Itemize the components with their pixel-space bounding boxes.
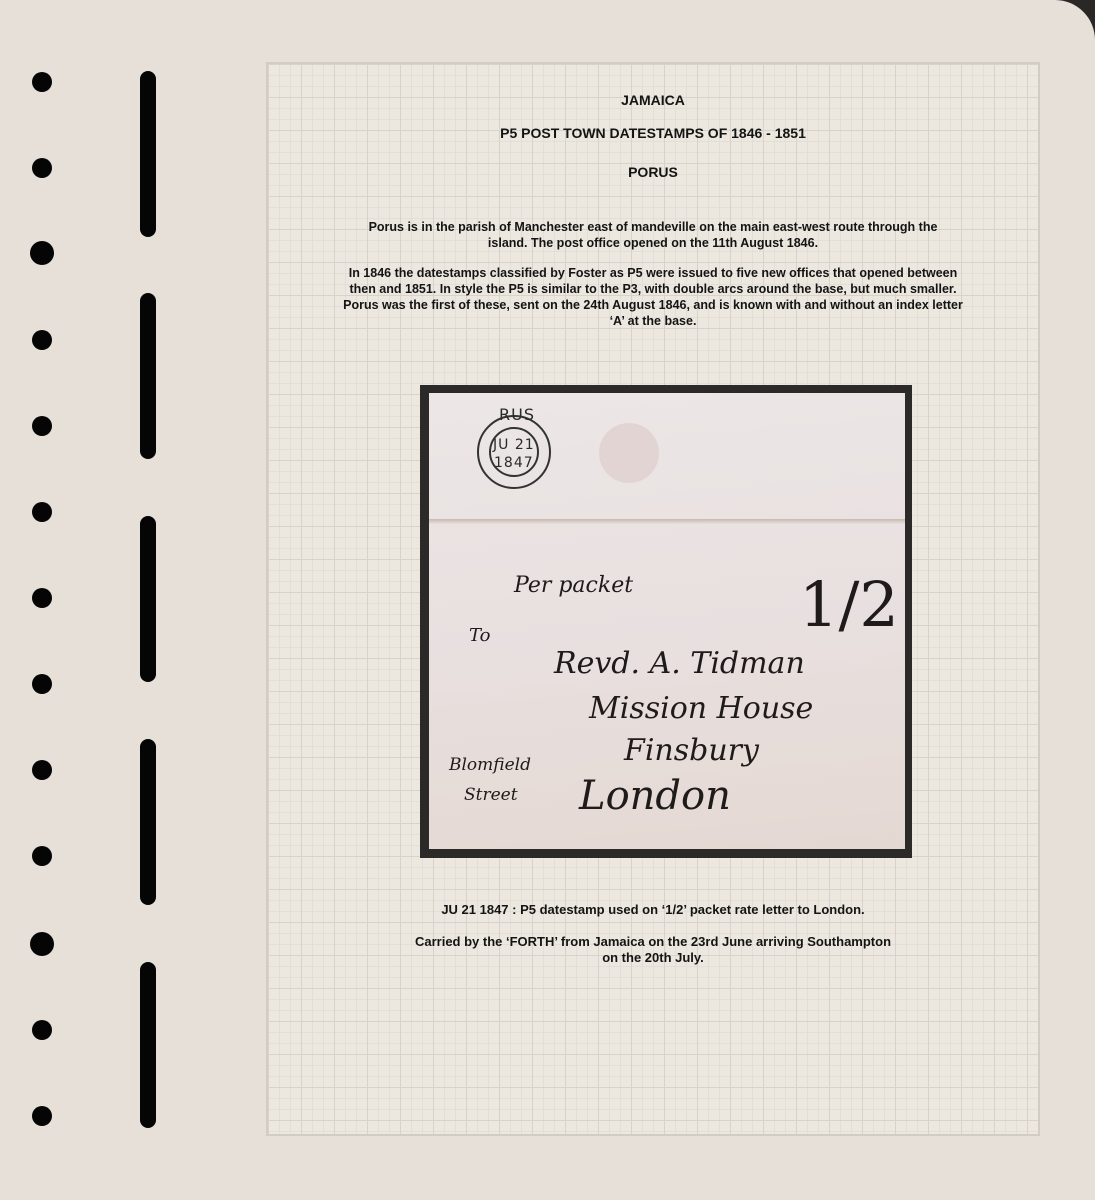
binder-hole <box>32 846 52 866</box>
page-title: JAMAICA <box>268 92 1038 108</box>
album-page: JAMAICA P5 POST TOWN DATESTAMPS OF 1846 … <box>0 0 1095 1200</box>
postal-cover: RUS JU 21 1847 Per packet To 1/2 Revd. A… <box>429 393 905 849</box>
cover-mount: RUS JU 21 1847 Per packet To 1/2 Revd. A… <box>420 385 912 858</box>
to-label: To <box>469 625 490 646</box>
history-line-1: In 1846 the datestamps classified by Fos… <box>328 265 978 281</box>
binder-hole <box>32 330 52 350</box>
binder-hole <box>32 502 52 522</box>
binder-hole <box>30 932 54 956</box>
history-line-3: Porus was the first of these, sent on th… <box>328 297 978 313</box>
caption-line-2: Carried by the ‘FORTH’ from Jamaica on t… <box>268 934 1038 950</box>
intro-line-2: island. The post office opened on the 11… <box>328 235 978 251</box>
datestamp-date: JU 21 <box>493 437 535 453</box>
binder-slot <box>140 71 156 237</box>
town-heading: PORUS <box>268 164 1038 180</box>
side-note-line-2: Street <box>464 785 518 805</box>
address-city: London <box>579 773 731 819</box>
binder-hole <box>32 416 52 436</box>
binder-hole <box>32 1020 52 1040</box>
addressee: Revd. A. Tidman <box>554 646 805 681</box>
binder-slot <box>140 516 156 682</box>
history-line-4: ‘A’ at the base. <box>328 313 978 329</box>
address-line-2: Finsbury <box>624 733 759 768</box>
binder-slot <box>140 293 156 459</box>
address-line-1: Mission House <box>589 691 813 726</box>
cover-fold <box>429 519 905 524</box>
binder-hole <box>32 1106 52 1126</box>
binder-hole <box>32 72 52 92</box>
side-note-line-1: Blomfield <box>449 755 531 775</box>
intro-line-1: Porus is in the parish of Manchester eas… <box>328 219 978 235</box>
binder-slot <box>140 739 156 905</box>
datestamp-year: 1847 <box>494 455 534 471</box>
porus-datestamp: RUS JU 21 1847 <box>477 415 551 489</box>
binder-hole <box>32 760 52 780</box>
faint-backstamp <box>599 423 659 483</box>
rate-marking: 1/2 <box>799 568 899 641</box>
caption-line-1: JU 21 1847 : P5 datestamp used on ‘1/2’ … <box>268 902 1038 918</box>
binder-hole <box>32 588 52 608</box>
history-line-2: then and 1851. In style the P5 is simila… <box>328 281 978 297</box>
page-corner <box>1055 0 1095 40</box>
caption-line-3: on the 20th July. <box>268 950 1038 966</box>
page-subtitle: P5 POST TOWN DATESTAMPS OF 1846 - 1851 <box>268 125 1038 141</box>
datestamp-town: RUS <box>499 405 535 424</box>
binder-hole <box>32 158 52 178</box>
endorsement-per-packet: Per packet <box>514 573 633 598</box>
binder-slot <box>140 962 156 1128</box>
binder-hole <box>32 674 52 694</box>
binder-hole <box>30 241 54 265</box>
